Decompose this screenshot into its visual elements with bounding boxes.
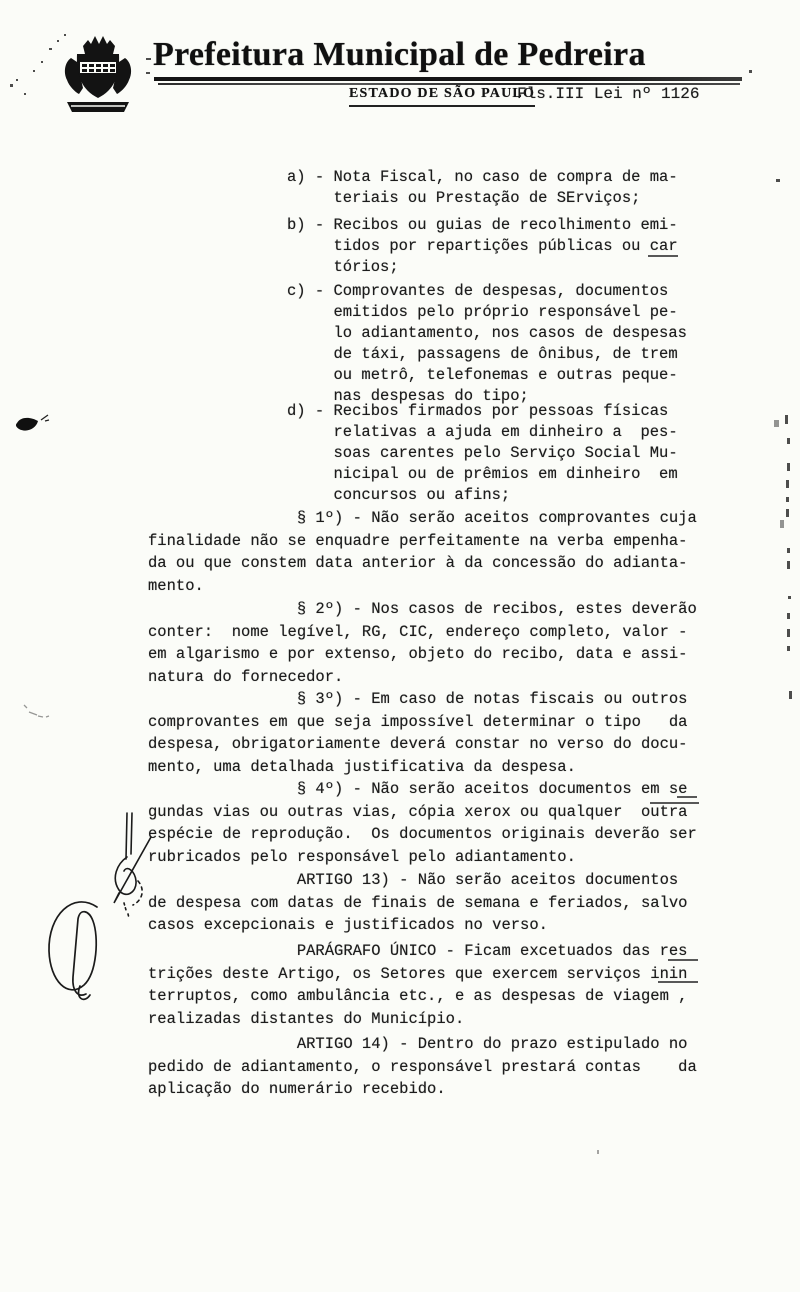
paragraph-1: § 1º) - Não serão aceitos comprovantes c… xyxy=(148,507,697,597)
pen-scribble-loop xyxy=(49,902,97,999)
paragraph-4: § 4º) - Não serão aceitos documentos em … xyxy=(148,778,697,868)
paragrafo-unico: PARÁGRAFO ÚNICO - Ficam excetuados das r… xyxy=(148,940,688,1030)
artigo-14: ARTIGO 14) - Dentro do prazo estipulado … xyxy=(148,1033,697,1101)
municipal-coat-of-arms-icon xyxy=(57,32,139,122)
state-label: ESTADO DE SÃO PAULO xyxy=(349,86,535,107)
list-item-b: b) - Recibos ou guias de recolhimento em… xyxy=(287,215,678,278)
folio-law-reference: Fls.III Lei nº 1126 xyxy=(517,85,699,103)
page-title: Prefeitura Municipal de Pedreira xyxy=(153,36,753,74)
paragraph-2: § 2º) - Nos casos de recibos, estes deve… xyxy=(148,598,697,688)
list-item-a: a) - Nota Fiscal, no caso de compra de m… xyxy=(287,167,678,209)
title-rule-primary xyxy=(154,77,742,81)
smudge-mark xyxy=(24,705,49,717)
artigo-13: ARTIGO 13) - Não serão aceitos documento… xyxy=(148,869,688,937)
list-item-d: d) - Recibos firmados por pessoas física… xyxy=(287,401,678,506)
pen-scribble-check xyxy=(114,813,151,918)
list-item-c: c) - Comprovantes de despesas, documento… xyxy=(287,281,687,407)
ink-blot xyxy=(16,415,49,431)
document-page: Prefeitura Municipal de Pedreira ESTADO … xyxy=(0,0,800,1292)
paragraph-3: § 3º) - Em caso de notas fiscais ou outr… xyxy=(148,688,688,778)
